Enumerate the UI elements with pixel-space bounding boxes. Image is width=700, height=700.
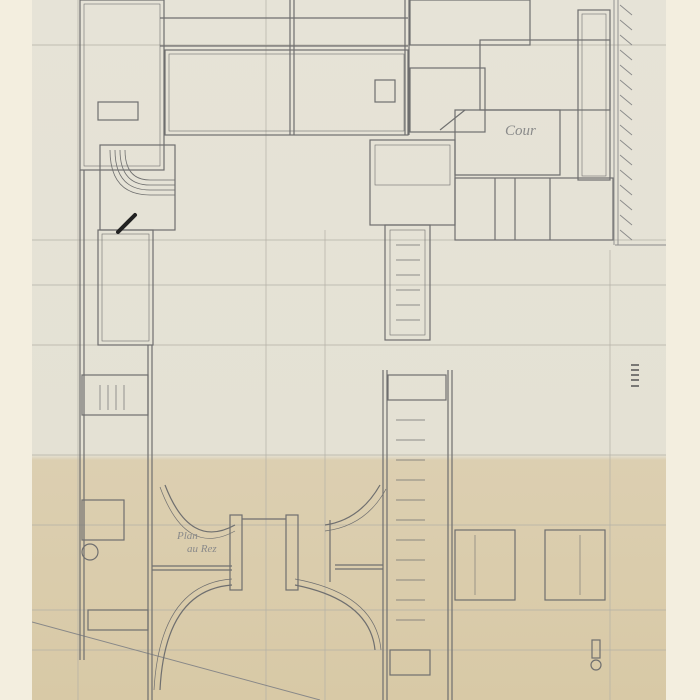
floor-plan-drawing [32, 0, 666, 700]
left-wing [80, 170, 153, 700]
lower-right-rooms [455, 530, 605, 670]
cour-label: Cour [505, 123, 536, 140]
drawing-sheet: Cour Plan au Rez [32, 0, 666, 700]
upper-block [80, 0, 613, 240]
vestibule [152, 485, 386, 690]
annotation-line2: au Rez [187, 543, 217, 555]
scale-ticks [631, 365, 639, 386]
hatched-party-wall [614, 0, 666, 245]
central-stairs [383, 225, 452, 700]
construction-lines [32, 0, 666, 700]
annotation-line1: Plan [177, 530, 198, 542]
